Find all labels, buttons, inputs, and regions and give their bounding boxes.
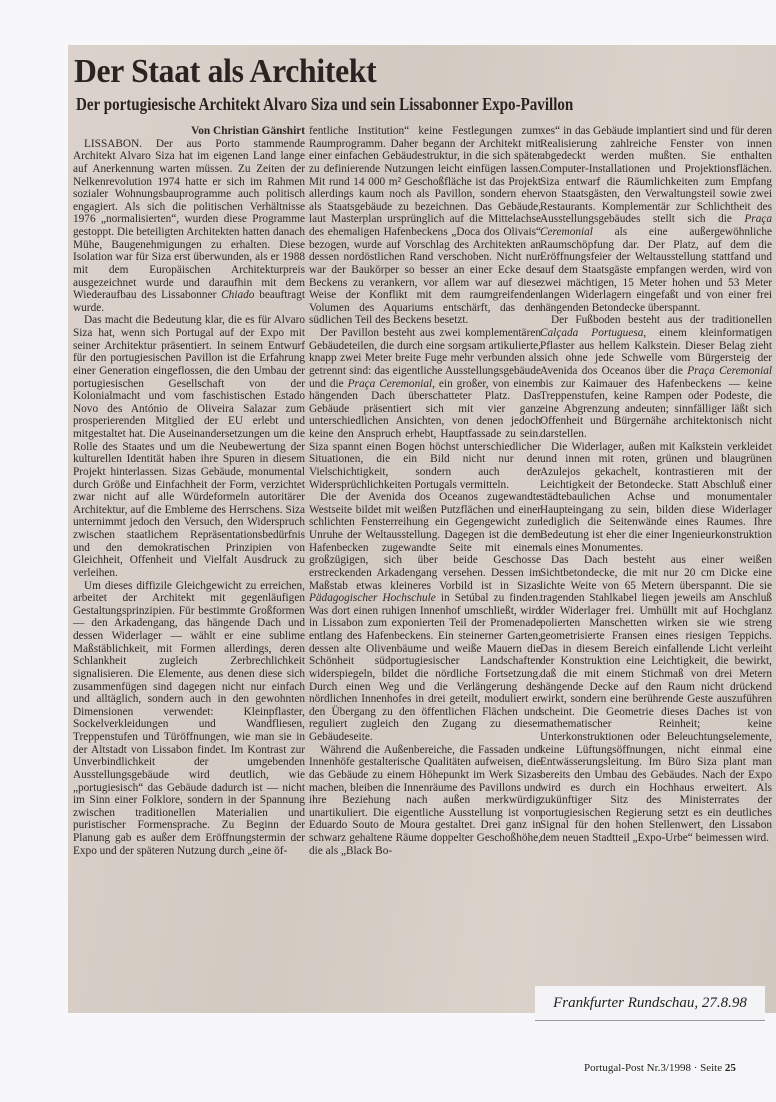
byline: Von Christian Gänshirt [73, 125, 305, 138]
article-paragraph: Das macht die Bedeutung klar, die es für… [73, 314, 305, 579]
publication-info: Portugal-Post Nr.3/1998 · Seite [584, 1062, 725, 1074]
article-paragraph: LISSABON. Der aus Porto stammende Archit… [73, 138, 305, 315]
article-paragraph: Der Pavillon besteht aus zwei komplement… [309, 327, 541, 491]
newspaper-clipping: Der Staat als Architekt Der portugiesisc… [68, 45, 776, 1013]
article-paragraph: Die Widerlager, außen mit Kalkstein verk… [540, 441, 772, 555]
article-column-1: Von Christian Gänshirt LISSABON. Der aus… [73, 125, 305, 857]
article-paragraph: Während die Außenbereiche, die Fassaden … [309, 744, 541, 858]
article-paragraph: Die der Avenida dos Oceanos zugewandte W… [309, 491, 541, 744]
article-paragraph: xes“ in das Gebäude implantiert sind und… [540, 125, 772, 314]
source-label: Frankfurter Rundschau, 27.8.98 [535, 986, 765, 1020]
page-number: 25 [725, 1062, 736, 1074]
article-paragraph: Das Dach besteht aus einer weißen Sichtb… [540, 554, 772, 844]
article-paragraph: fentliche Institution“ keine Festlegunge… [309, 125, 541, 327]
page-footer: Portugal-Post Nr.3/1998 · Seite 25 [584, 1062, 736, 1074]
article-paragraph: Der Fußboden besteht aus der traditionel… [540, 314, 772, 440]
article-column-3: xes“ in das Gebäude implantiert sind und… [540, 125, 772, 845]
headline: Der Staat als Architekt [74, 53, 376, 91]
article-column-2: fentliche Institution“ keine Festlegunge… [309, 125, 541, 857]
article-paragraph: Um dieses diffizile Gleichgewicht zu err… [73, 580, 305, 858]
subheadline: Der portugiesische Architekt Alvaro Siza… [76, 93, 573, 115]
